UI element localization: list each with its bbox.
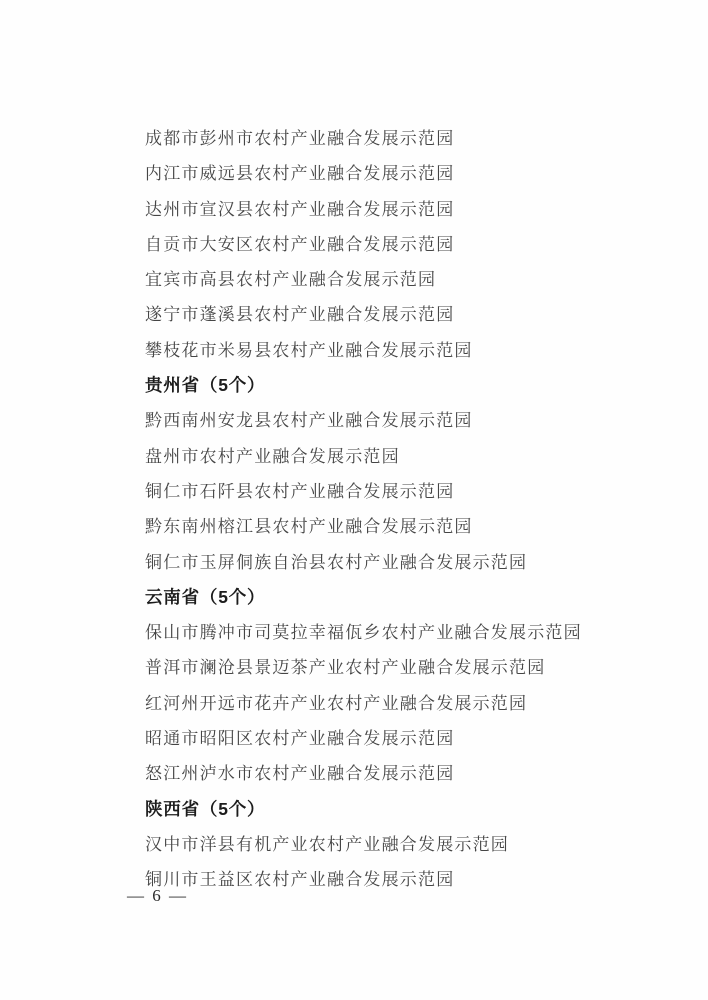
document-body: 成都市彭州市农村产业融合发展示范园 内江市威远县农村产业融合发展示范园 达州市宣… bbox=[145, 121, 665, 898]
list-item: 铜川市王益区农村产业融合发展示范园 bbox=[145, 862, 665, 897]
list-item: 达州市宣汉县农村产业融合发展示范园 bbox=[145, 192, 665, 227]
list-item: 黔东南州榕江县农村产业融合发展示范园 bbox=[145, 509, 665, 544]
section-header-shaanxi: 陕西省（5个） bbox=[145, 792, 665, 827]
page-number: — 6 — bbox=[127, 886, 188, 905]
section-header-guizhou: 贵州省（5个） bbox=[145, 368, 665, 403]
list-item: 黔西南州安龙县农村产业融合发展示范园 bbox=[145, 403, 665, 438]
list-item: 铜仁市玉屏侗族自治县农村产业融合发展示范园 bbox=[145, 545, 665, 580]
list-item: 怒江州泸水市农村产业融合发展示范园 bbox=[145, 756, 665, 791]
page-footer: — 6 — bbox=[127, 886, 188, 906]
list-item: 攀枝花市米易县农村产业融合发展示范园 bbox=[145, 333, 665, 368]
list-item: 保山市腾冲市司莫拉幸福佤乡农村产业融合发展示范园 bbox=[145, 615, 665, 650]
list-item: 宜宾市高县农村产业融合发展示范园 bbox=[145, 262, 665, 297]
list-item: 自贡市大安区农村产业融合发展示范园 bbox=[145, 227, 665, 262]
list-item: 普洱市澜沧县景迈茶产业农村产业融合发展示范园 bbox=[145, 650, 665, 685]
list-item: 成都市彭州市农村产业融合发展示范园 bbox=[145, 121, 665, 156]
section-header-yunnan: 云南省（5个） bbox=[145, 580, 665, 615]
list-item: 汉中市洋县有机产业农村产业融合发展示范园 bbox=[145, 827, 665, 862]
list-item: 昭通市昭阳区农村产业融合发展示范园 bbox=[145, 721, 665, 756]
list-item: 红河州开远市花卉产业农村产业融合发展示范园 bbox=[145, 686, 665, 721]
list-item: 盘州市农村产业融合发展示范园 bbox=[145, 439, 665, 474]
list-item: 内江市威远县农村产业融合发展示范园 bbox=[145, 156, 665, 191]
document-page: 成都市彭州市农村产业融合发展示范园 内江市威远县农村产业融合发展示范园 达州市宣… bbox=[0, 0, 708, 1000]
list-item: 遂宁市蓬溪县农村产业融合发展示范园 bbox=[145, 297, 665, 332]
list-item: 铜仁市石阡县农村产业融合发展示范园 bbox=[145, 474, 665, 509]
